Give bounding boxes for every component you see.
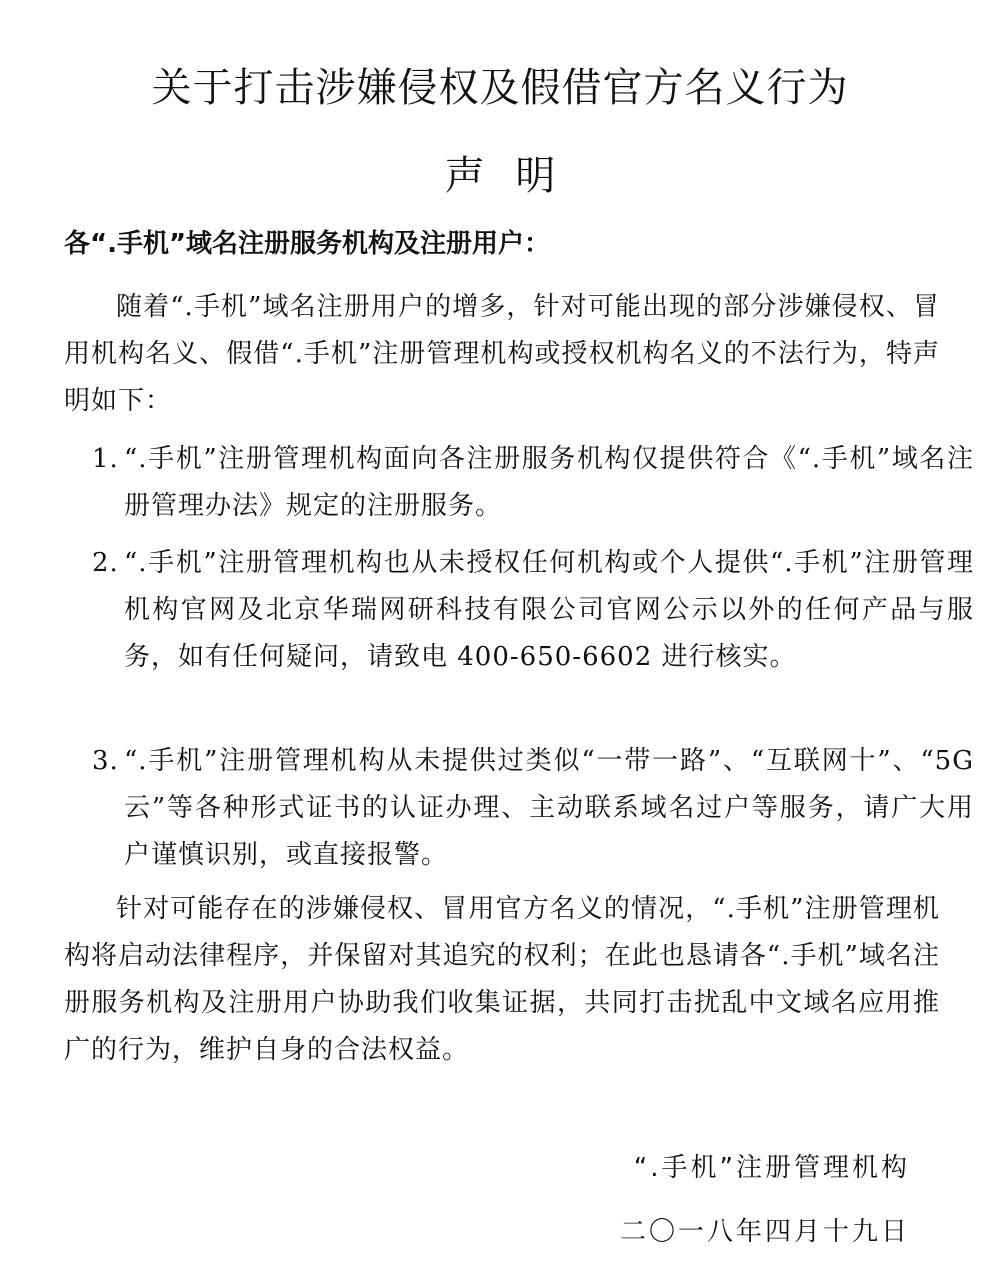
list-number: 1. <box>92 436 124 483</box>
list-number: 2. <box>92 540 124 587</box>
signature-date: 二〇一八年四月十九日 <box>620 1212 910 1252</box>
list-text: “.手机”注册管理机构面向各注册服务机构仅提供符合《“.手机”域名注册管理办法》… <box>124 444 974 521</box>
list-text: “.手机”注册管理机构从未提供过类似“一带一路”、“互联网十”、“5G 云”等各… <box>124 746 974 870</box>
list-item-3: 3.“.手机”注册管理机构从未提供过类似“一带一路”、“互联网十”、“5G 云”… <box>92 738 974 879</box>
list-text: “.手机”注册管理机构也从未授权任何机构或个人提供“.手机”注册管理机构官网及北… <box>124 548 974 672</box>
list-item-2: 2.“.手机”注册管理机构也从未授权任何机构或个人提供“.手机”注册管理机构官网… <box>92 540 974 681</box>
signature-organization: “.手机”注册管理机构 <box>634 1148 910 1188</box>
list-item-1: 1.“.手机”注册管理机构面向各注册服务机构仅提供符合《“.手机”域名注册管理办… <box>92 436 974 530</box>
document-subtitle: 声 明 <box>0 148 1000 204</box>
closing-paragraph: 针对可能存在的涉嫌侵权、冒用官方名义的情况，“.手机”注册管理机构将启动法律程序… <box>64 886 940 1074</box>
salutation: 各“.手机”域名注册服务机构及注册用户： <box>64 224 550 264</box>
document-title: 关于打击涉嫌侵权及假借官方名义行为 <box>0 60 1000 116</box>
list-number: 3. <box>92 738 124 785</box>
intro-paragraph: 随着“.手机”域名注册用户的增多，针对可能出现的部分涉嫌侵权、冒用机构名义、假借… <box>64 284 940 425</box>
